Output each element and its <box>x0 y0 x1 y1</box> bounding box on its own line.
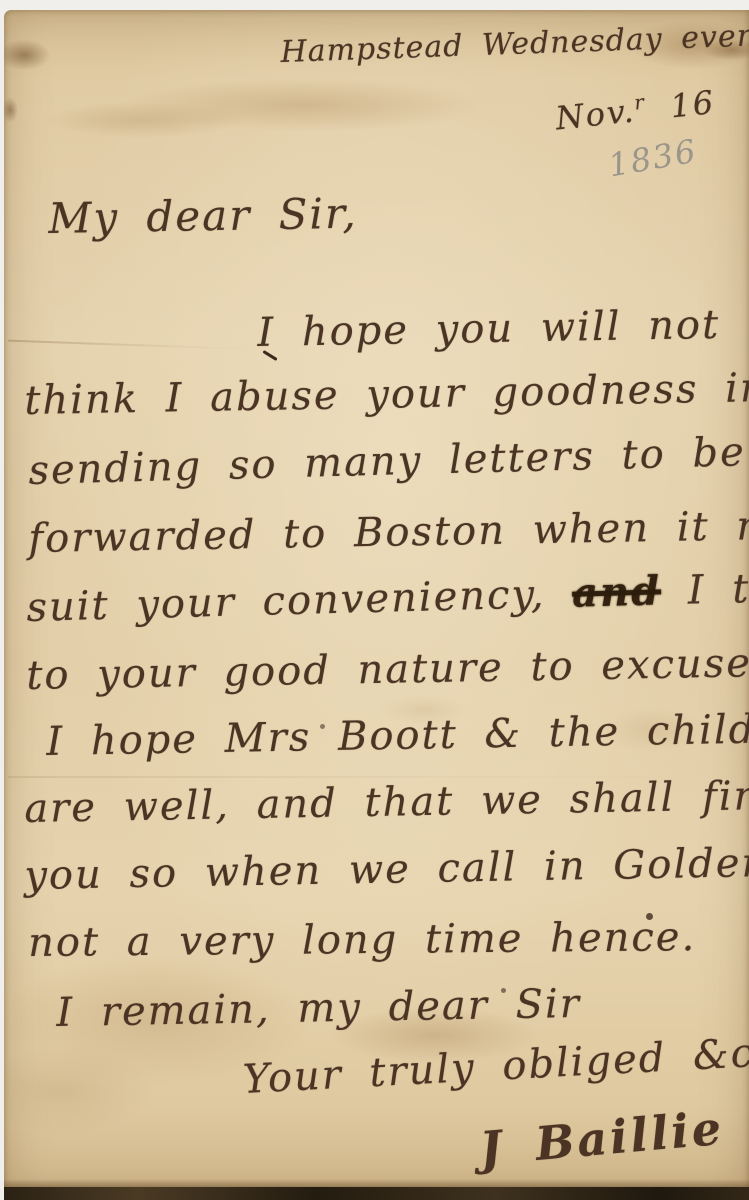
paper-sheet: Hampstead Wednesday evening Nov.r 16 183… <box>4 10 749 1200</box>
body-line: forwarded to Boston when it may <box>28 505 749 559</box>
body-line: are well, and that we shall find <box>24 776 749 829</box>
signature: J Baillie <box>478 1105 726 1172</box>
heading-date: Nov.r 16 <box>554 85 717 134</box>
salutation: My dear Sir, <box>48 193 358 240</box>
body-line: I hope you will not <box>257 305 720 353</box>
fold-crease <box>8 340 258 351</box>
closing-line: Your truly obliged &c <box>242 1033 749 1100</box>
body-line: sending so many letters to be <box>28 432 746 491</box>
body-line-with-strikeout: suit your conveniency, and I trust <box>26 567 749 628</box>
heading-place-date: Hampstead Wednesday evening <box>280 20 749 68</box>
closing-line: I remain, my dear Sir <box>56 984 581 1033</box>
body-line: to your good nature to excuse it. — <box>26 641 749 696</box>
body-line-segment: suit your conveniency, <box>26 571 573 631</box>
year-annotation-pencil: 1836 <box>606 134 700 181</box>
date-suffix: 16 <box>644 83 716 128</box>
body-line: think I abuse your goodness in <box>24 368 749 421</box>
body-line: you so when we call in Golden St. <box>24 841 749 896</box>
date-prefix: Nov. <box>554 91 637 137</box>
paper-bottom-edge <box>4 1187 749 1200</box>
strikethrough-word: and <box>571 567 661 616</box>
body-line: not a very long time hence. <box>28 917 696 963</box>
letter-scan: Hampstead Wednesday evening Nov.r 16 183… <box>0 0 749 1200</box>
body-line-segment: I trust <box>660 564 749 615</box>
body-line: I hope Mrs Boott & the children <box>46 708 749 762</box>
